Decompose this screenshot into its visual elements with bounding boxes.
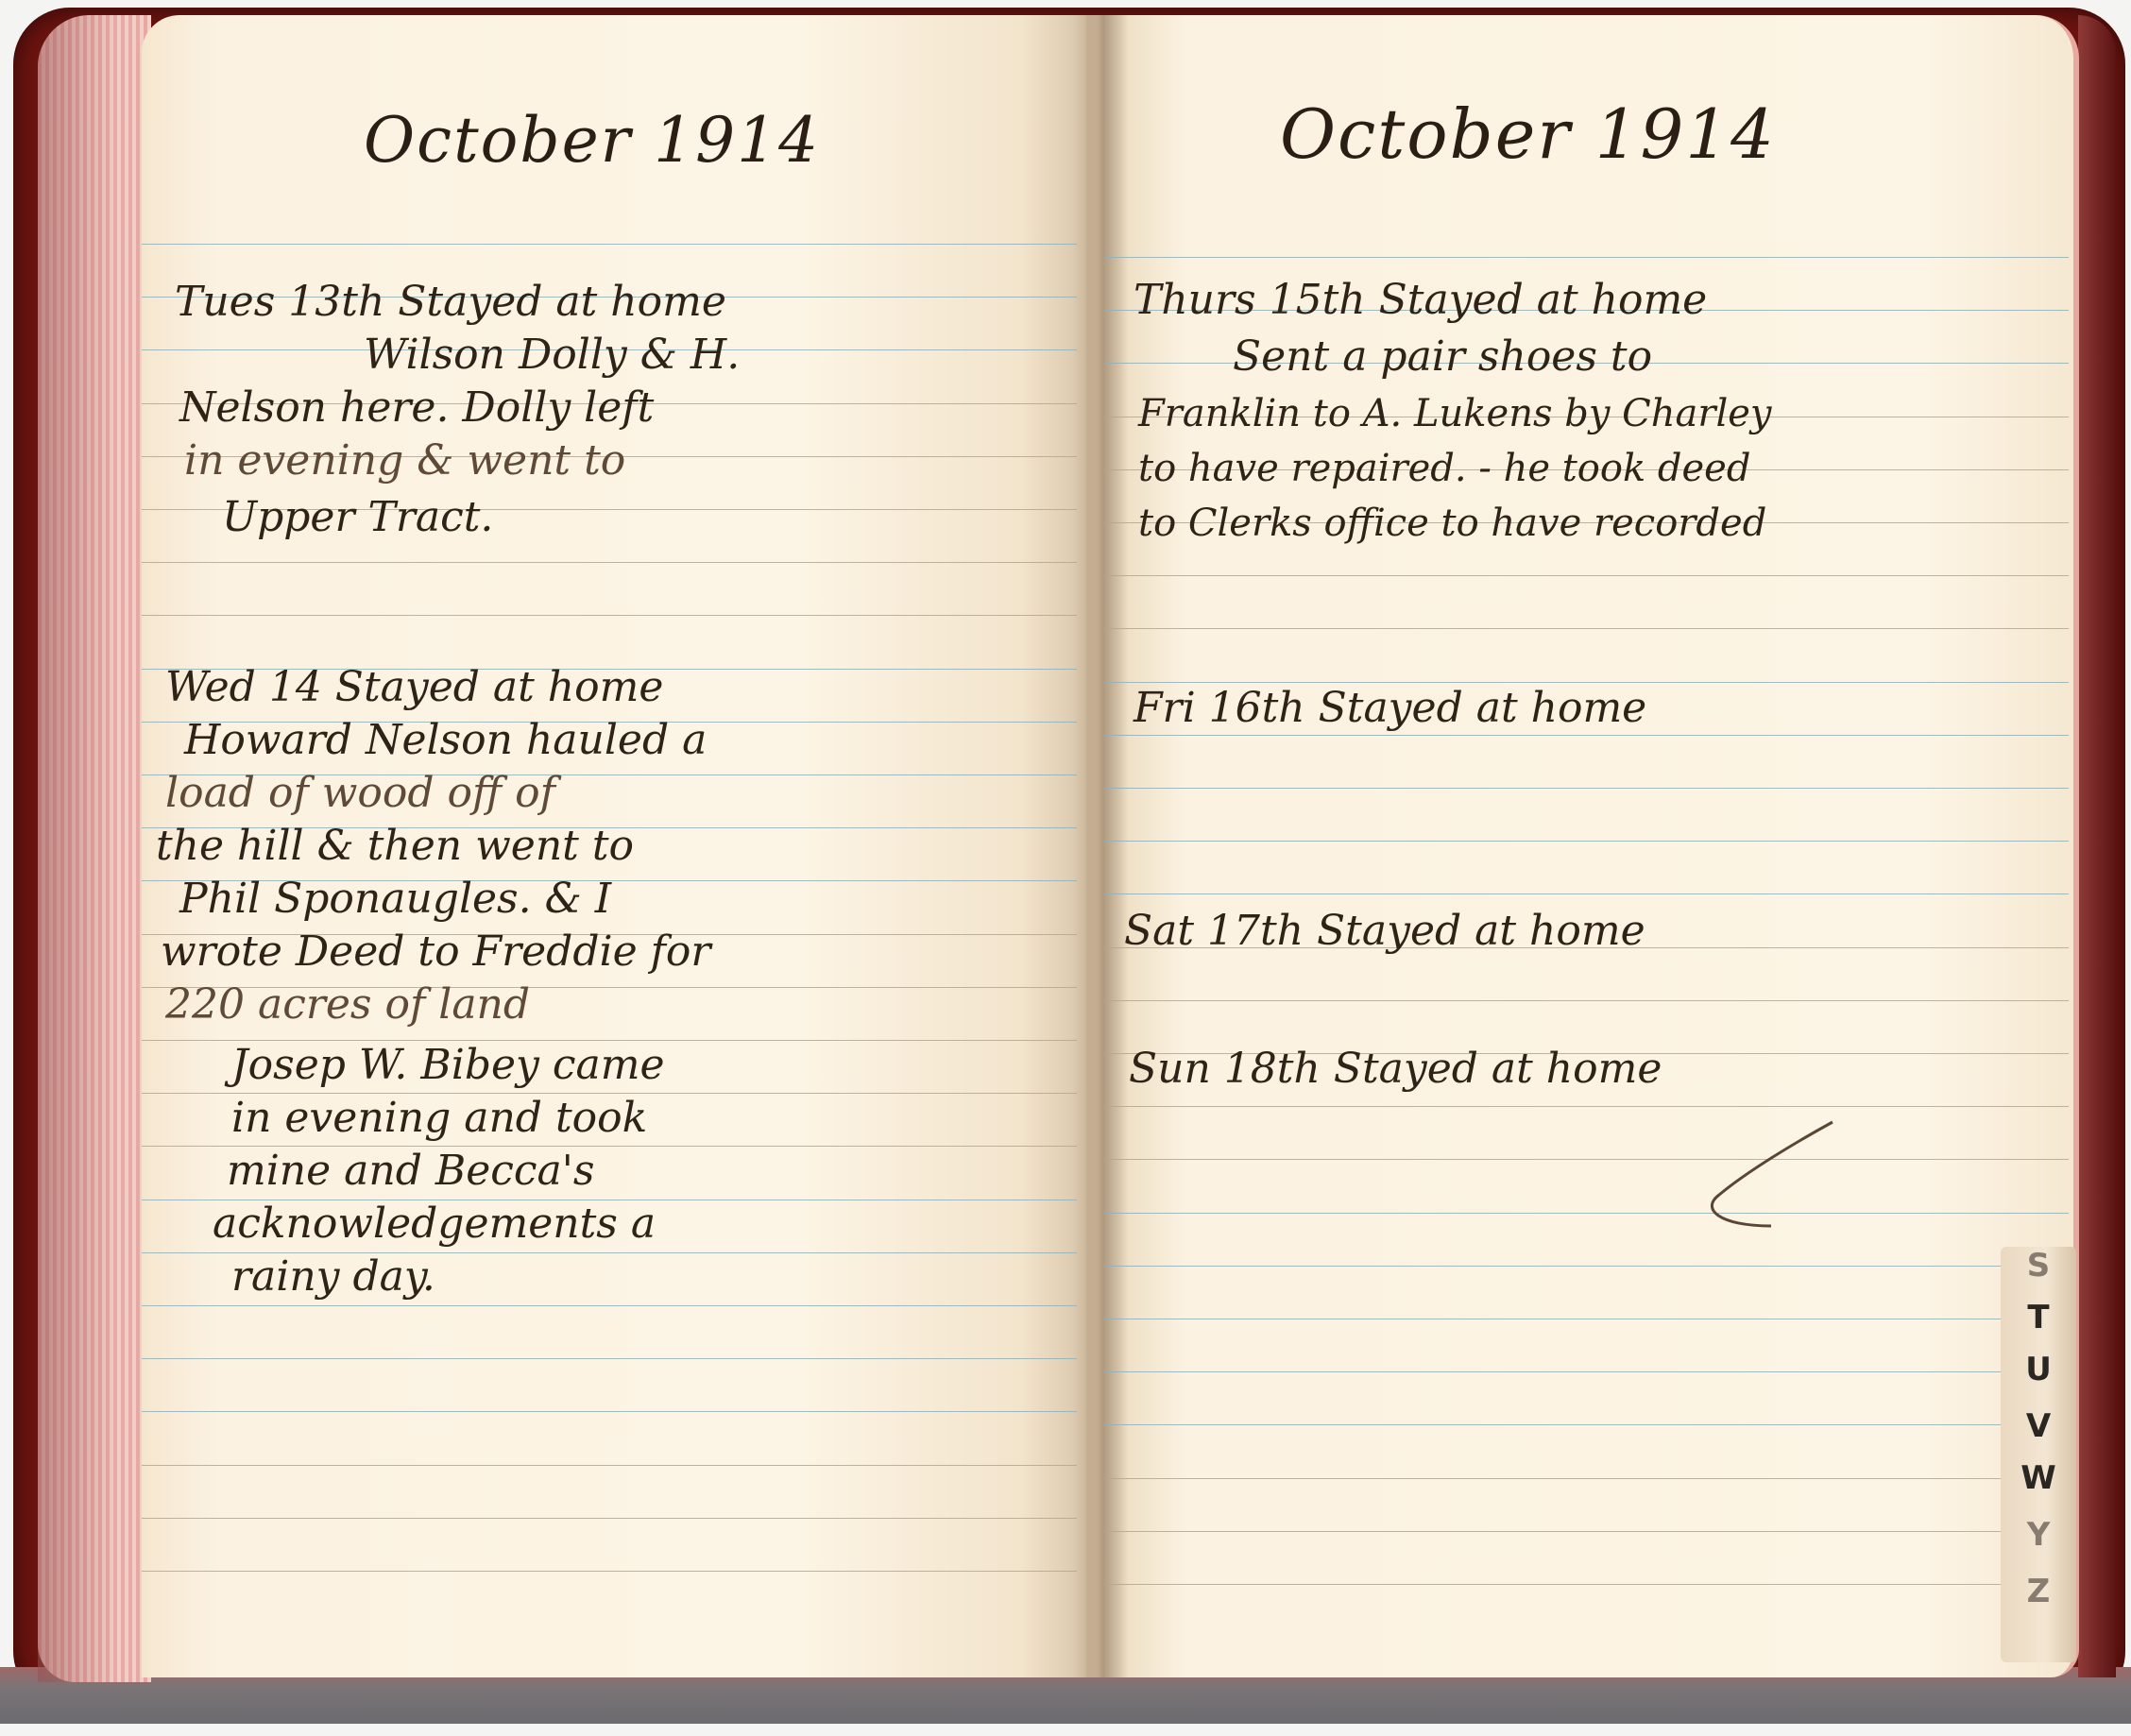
diary-line: load of wood off of (165, 767, 555, 820)
diary-line: Josep W. Bibey came (231, 1039, 665, 1092)
ruled-line (1105, 1000, 2069, 1001)
diary-line: acknowledgements a (213, 1198, 656, 1251)
cover-edge-right (2078, 15, 2116, 1677)
diary-line: Howard Nelson hauled a (184, 714, 707, 767)
diary-line: Upper Tract. (222, 491, 493, 544)
ruled-line (142, 1305, 1077, 1306)
index-tab-w[interactable]: W (2001, 1459, 2076, 1497)
ruled-line (142, 244, 1077, 245)
ruled-line (1105, 1478, 2069, 1479)
diary-line: Nelson here. Dolly left (179, 382, 654, 434)
diary-line: Wed 14 Stayed at home (165, 661, 663, 714)
ruled-line (142, 615, 1077, 616)
index-tab-y[interactable]: Y (2001, 1516, 2076, 1554)
diary-line: Sun 18th Stayed at home (1129, 1043, 1662, 1096)
alphabet-index-tabs: S T U V W Y Z (2001, 1247, 2076, 1662)
diary-line: Sent a pair shoes to (1233, 331, 1652, 383)
ruled-line (1105, 788, 2069, 789)
ruled-line (1105, 841, 2069, 842)
index-tab-v[interactable]: V (2001, 1407, 2076, 1445)
diary-line: mine and Becca's (227, 1145, 594, 1198)
ruled-line (1105, 1531, 2069, 1532)
diary-line: Phil Sponaugles. & I (179, 873, 611, 926)
ruled-line (1105, 575, 2069, 576)
diary-line: Tues 13th Stayed at home (175, 276, 726, 329)
ruled-line (142, 1465, 1077, 1466)
diary-line: Fri 16th Stayed at home (1134, 682, 1646, 735)
ruled-line (1105, 894, 2069, 894)
book-gutter (1072, 15, 1129, 1677)
ruled-line (1105, 1159, 2069, 1160)
ruled-line (142, 1411, 1077, 1412)
ruled-line (1105, 1319, 2069, 1319)
diary-line: Wilson Dolly & H. (364, 329, 740, 382)
index-tab-t[interactable]: T (2001, 1299, 2076, 1336)
right-page (1086, 15, 2079, 1677)
ruled-line (142, 1358, 1077, 1359)
index-tab-s[interactable]: S (2001, 1247, 2076, 1285)
diary-line: rainy day. (231, 1251, 435, 1303)
diary-line: in evening & went to (184, 434, 625, 487)
index-tab-z[interactable]: Z (2001, 1573, 2076, 1610)
diary-line: Sat 17th Stayed at home (1124, 905, 1645, 958)
diary-line: to have repaired. - he took deed (1138, 442, 1750, 495)
end-flourish (1681, 1115, 1870, 1237)
ruled-line (1105, 1424, 2069, 1425)
diary-line: wrote Deed to Freddie for (161, 926, 710, 979)
ruled-line (142, 1518, 1077, 1519)
diary-line: to Clerks office to have recorded (1138, 497, 1766, 550)
ruled-line (1105, 1213, 2069, 1214)
diary-line: Thurs 15th Stayed at home (1134, 274, 1707, 327)
diary-line: 220 acres of land (165, 979, 530, 1031)
diary-line: in evening and took (231, 1092, 647, 1145)
ruled-line (142, 562, 1077, 563)
left-page-title: October 1914 (364, 104, 820, 177)
ruled-line (1105, 1266, 2069, 1267)
page-edges-left (38, 15, 151, 1682)
ruled-line (1105, 735, 2069, 736)
index-tab-u[interactable]: U (2001, 1351, 2076, 1388)
ruled-line (1105, 1584, 2069, 1585)
ruled-line (1105, 257, 2069, 258)
ruled-line (1105, 628, 2069, 629)
diary-line: Franklin to A. Lukens by Charley (1138, 387, 1772, 440)
ruled-line (142, 1571, 1077, 1572)
right-page-title: October 1914 (1280, 94, 1776, 174)
diary-line: the hill & then went to (156, 820, 634, 873)
ruled-line (1105, 1371, 2069, 1372)
ruled-line (1105, 1106, 2069, 1107)
